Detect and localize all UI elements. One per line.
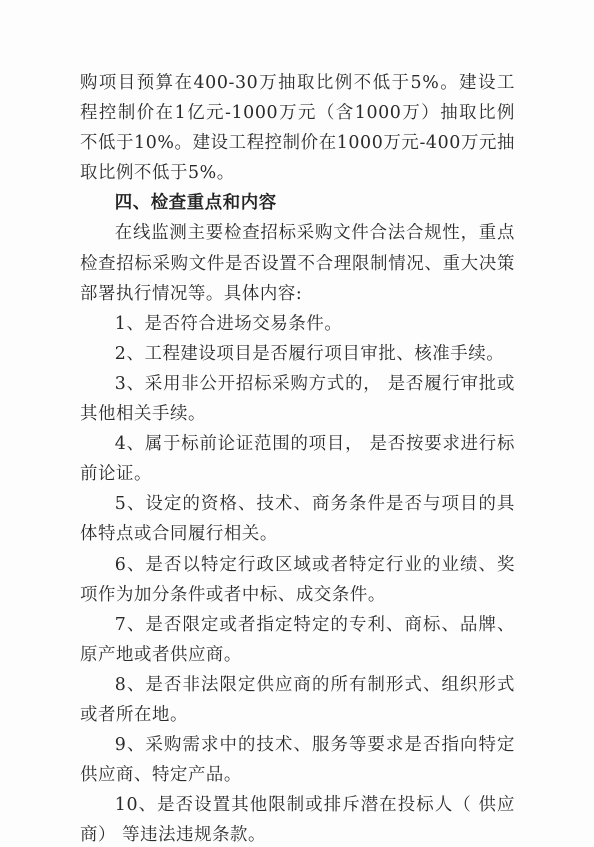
- list-item: 2、工程建设项目是否履行项目审批、核准手续。: [80, 339, 515, 369]
- list-item: 7、是否限定或者指定特定的专利、商标、品牌、原产地或者供应商。: [80, 610, 515, 670]
- continuation-paragraph: 购项目预算在400-30万抽取比例不低于5%。建设工程控制价在1亿元-1000万…: [80, 68, 515, 188]
- list-item: 8、是否非法限定供应商的所有制形式、组织形式或者所在地。: [80, 670, 515, 730]
- list-item: 1、是否符合进场交易条件。: [80, 309, 515, 339]
- document-page: 购项目预算在400-30万抽取比例不低于5%。建设工程控制价在1亿元-1000万…: [0, 0, 594, 847]
- list-item: 5、设定的资格、技术、商务条件是否与项目的具体特点或合同履行相关。: [80, 489, 515, 549]
- section-heading: 四、检查重点和内容: [80, 188, 515, 218]
- list-item: 10、是否设置其他限制或排斥潜在投标人（ 供应商） 等违法违规条款。: [80, 790, 515, 847]
- list-item: 9、采购需求中的技术、服务等要求是否指向特定供应商、特定产品。: [80, 730, 515, 790]
- list-item: 3、采用非公开招标采购方式的， 是否履行审批或其他相关手续。: [80, 369, 515, 429]
- list-item: 4、属于标前论证范围的项目， 是否按要求进行标前论证。: [80, 429, 515, 489]
- document-body: 购项目预算在400-30万抽取比例不低于5%。建设工程控制价在1亿元-1000万…: [80, 68, 515, 847]
- intro-paragraph: 在线监测主要检查招标采购文件合法合规性，重点检查招标采购文件是否设置不合理限制情…: [80, 218, 515, 308]
- list-item: 6、是否以特定行政区域或者特定行业的业绩、奖项作为加分条件或者中标、成交条件。: [80, 550, 515, 610]
